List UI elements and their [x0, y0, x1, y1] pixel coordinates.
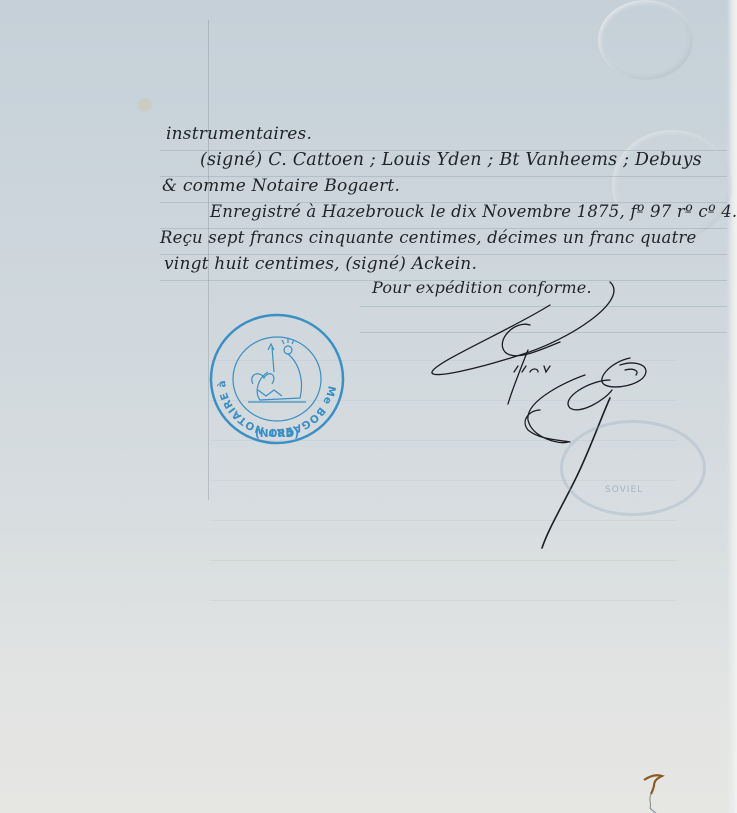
svg-text:(NORD): (NORD) — [255, 428, 299, 440]
paper-tear — [640, 770, 670, 813]
stamp-icon: Me BOGAERT NOTAIRE à HAZEBROUCK (NORD) — [208, 312, 346, 446]
paper-stain — [138, 98, 152, 112]
text-line-3: & comme Notaire Bogaert. — [162, 176, 400, 196]
faded-stamp-text: SOVIEL — [605, 485, 643, 495]
paper-edge — [727, 0, 737, 813]
ghost-line — [210, 560, 677, 561]
document-page: instrumentaires. (signé) C. Cattoen ; Lo… — [0, 0, 737, 813]
text-line-4: Enregistré à Hazebrouck le dix Novembre … — [210, 202, 737, 221]
text-line-6: vingt huit centimes, (signé) Ackein. — [164, 254, 477, 274]
text-line-2: (signé) C. Cattoen ; Louis Yden ; Bt Van… — [200, 150, 702, 170]
notary-stamp: Me BOGAERT NOTAIRE à HAZEBROUCK (NORD) — [208, 312, 346, 446]
embossed-seal-middle — [612, 130, 732, 240]
ghost-line — [210, 600, 677, 601]
text-line-1: instrumentaires. — [166, 124, 312, 144]
embossed-seal-top — [598, 0, 693, 80]
text-line-5: Reçu sept francs cinquante centimes, déc… — [160, 228, 696, 247]
faded-stamp: SOVIEL — [560, 420, 706, 516]
